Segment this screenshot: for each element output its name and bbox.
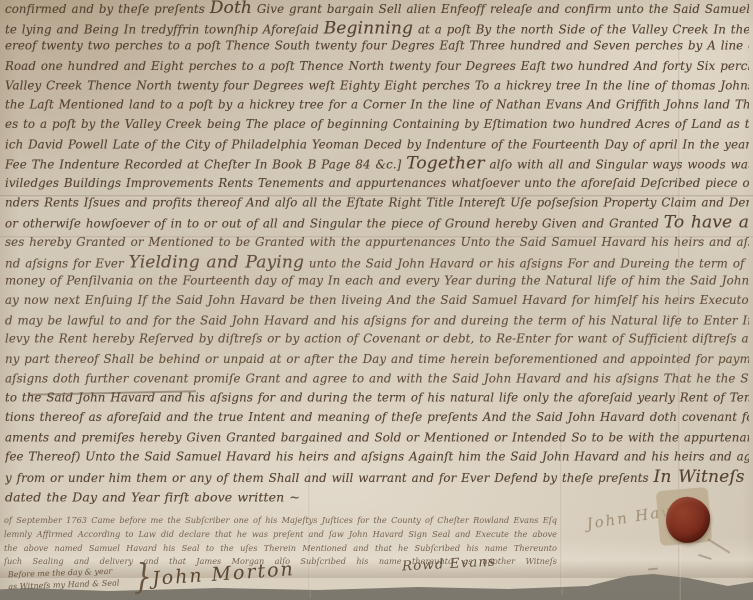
attestation-line: the above named Samuel Havard his Seal t… bbox=[4, 542, 557, 556]
deed-line: fee Thereof) Unto the Said Samuel Havard… bbox=[5, 449, 749, 469]
deed-line: y from or under him them or any of them … bbox=[5, 469, 749, 489]
deed-line: ay now next Enſuing If the Said John Hav… bbox=[5, 293, 749, 313]
attestation-closing: Before me the day & year as Witneſs my H… bbox=[8, 565, 141, 594]
deed-line: confirmed and by theſe preſents Doth Giv… bbox=[5, 0, 749, 20]
deed-line: levy the Rent hereby Reſerved by diſtreſ… bbox=[5, 332, 749, 352]
deed-line: Fee The Indenture Recorded at Cheſter In… bbox=[5, 156, 749, 176]
deed-photograph: confirmed and by theſe preſents Doth Giv… bbox=[0, 0, 753, 600]
deed-line: ereof twenty two perches to a poſt Thenc… bbox=[5, 39, 749, 59]
deed-line: ses hereby Granted or Mentioned to be Gr… bbox=[5, 235, 749, 255]
deed-body-text: confirmed and by theſe preſents Doth Giv… bbox=[5, 0, 749, 508]
deed-line: or otherwiſe howſoever of in to or out o… bbox=[5, 215, 749, 235]
deed-line: nd aſsigns for Ever Yielding and Paying … bbox=[5, 255, 749, 275]
deed-line: Road one hundred and Eight perches to a … bbox=[5, 59, 749, 79]
attestation-line: of September 1763 Came before me the Sub… bbox=[4, 514, 557, 528]
closing-brace: } bbox=[134, 556, 152, 597]
deed-line: d may be lawful to and for the Said John… bbox=[5, 313, 749, 333]
deed-line: aments and premiſes hereby Given Granted… bbox=[5, 431, 749, 451]
attestation-line: lemnly Affirmed According to Law did dec… bbox=[4, 528, 557, 542]
deed-line: dated the Day and Year firſt above writt… bbox=[5, 489, 749, 509]
deed-line: iviledges Buildings Improvements Rents T… bbox=[5, 176, 749, 196]
deed-line: aſsigns doth further covenant promiſe Gr… bbox=[5, 372, 749, 392]
deed-line: ich David Powell Late of the City of Phi… bbox=[5, 137, 749, 157]
deed-line: tions thereof as aforeſaid and the true … bbox=[5, 410, 749, 430]
deed-line: nders Rents Iſsues and profits thereof A… bbox=[5, 196, 749, 216]
deed-line: money of Penſilvania on the Fourteenth d… bbox=[5, 273, 749, 293]
deed-line: es to a poſt by the Valley Creek being T… bbox=[5, 117, 749, 137]
deed-line: te lying and Being In tredyffrin townſhi… bbox=[5, 20, 749, 40]
deed-line: ny part thereof Shall be behind or unpai… bbox=[5, 352, 749, 372]
deed-line: the Laſt Mentioned land to a poſt by a h… bbox=[5, 97, 749, 117]
deed-line: Valley Creek Thence North twenty four De… bbox=[5, 79, 749, 99]
